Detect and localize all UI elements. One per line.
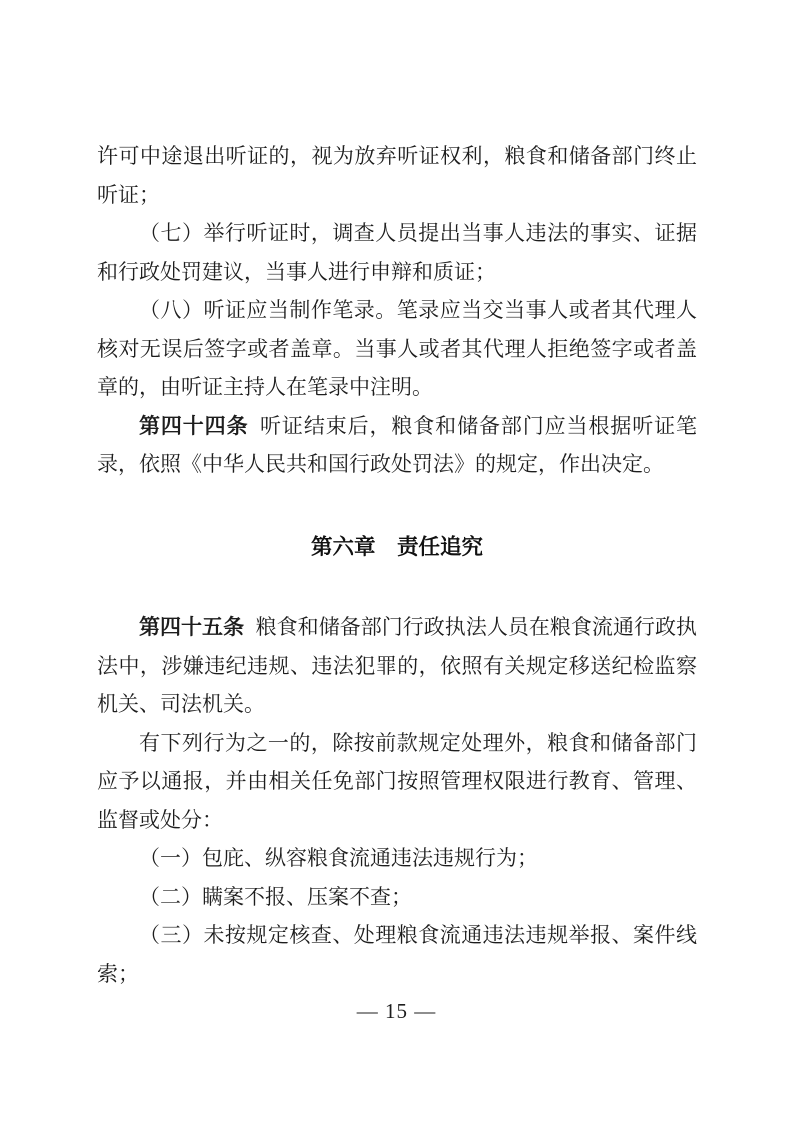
paragraph-line: 监督或处分： xyxy=(97,801,697,840)
paragraph-line: 应予以通报，并由相关任免部门按照管理权限进行教育、管理、 xyxy=(97,762,697,801)
list-item-line: （一）包庇、纵容粮食流通违法违规行为； xyxy=(97,839,697,878)
paragraph-line: （七）举行听证时，调查人员提出当事人违法的事实、证据 xyxy=(97,214,697,253)
paragraph-line: （八）听证应当制作笔录。笔录应当交当事人或者其代理人 xyxy=(97,291,697,330)
paragraph-line: 有下列行为之一的，除按前款规定处理外，粮食和储备部门 xyxy=(97,724,697,763)
paragraph-line: 听证； xyxy=(97,176,697,215)
page-number-footer: — 15 — xyxy=(0,994,793,1028)
line-text: 粮食和储备部门行政执法人员在粮食流通行政执 xyxy=(256,615,697,639)
paragraph-line: 录，依照《中华人民共和国行政处罚法》的规定，作出决定。 xyxy=(97,445,697,484)
paragraph-line: 许可中途退出听证的，视为放弃听证权利，粮食和储备部门终止 xyxy=(97,137,697,176)
list-item-line: （二）瞒案不报、压案不查； xyxy=(97,878,697,917)
section-accountability: 第四十五条粮食和储备部门行政执法人员在粮食流通行政执 法中，涉嫌违纪违规、违法犯… xyxy=(97,608,697,993)
document-body: 许可中途退出听证的，视为放弃听证权利，粮食和储备部门终止 听证； （七）举行听证… xyxy=(97,137,697,993)
section-hearing-procedure: 许可中途退出听证的，视为放弃听证权利，粮食和储备部门终止 听证； （七）举行听证… xyxy=(97,137,697,484)
chapter-heading: 第六章 责任追究 xyxy=(97,528,697,567)
paragraph-line: 章的，由听证主持人在笔录中注明。 xyxy=(97,368,697,407)
paragraph-line: 和行政处罚建议，当事人进行申辩和质证； xyxy=(97,253,697,292)
article-number: 第四十五条 xyxy=(139,616,244,639)
article-number: 第四十四条 xyxy=(139,415,248,438)
paragraph-line: 索； xyxy=(97,955,697,994)
paragraph-line: 机关、司法机关。 xyxy=(97,685,697,724)
paragraph-line: 第四十四条听证结束后，粮食和储备部门应当根据听证笔 xyxy=(97,407,697,446)
document-page: 许可中途退出听证的，视为放弃听证权利，粮食和储备部门终止 听证； （七）举行听证… xyxy=(0,0,793,1122)
paragraph-line: 第四十五条粮食和储备部门行政执法人员在粮食流通行政执 xyxy=(97,608,697,647)
paragraph-line: 核对无误后签字或者盖章。当事人或者其代理人拒绝签字或者盖 xyxy=(97,330,697,369)
list-item-line: （三）未按规定核查、处理粮食流通违法违规举报、案件线 xyxy=(97,916,697,955)
paragraph-line: 法中，涉嫌违纪违规、违法犯罪的，依照有关规定移送纪检监察 xyxy=(97,647,697,686)
line-text: 听证结束后，粮食和储备部门应当根据听证笔 xyxy=(260,414,697,438)
